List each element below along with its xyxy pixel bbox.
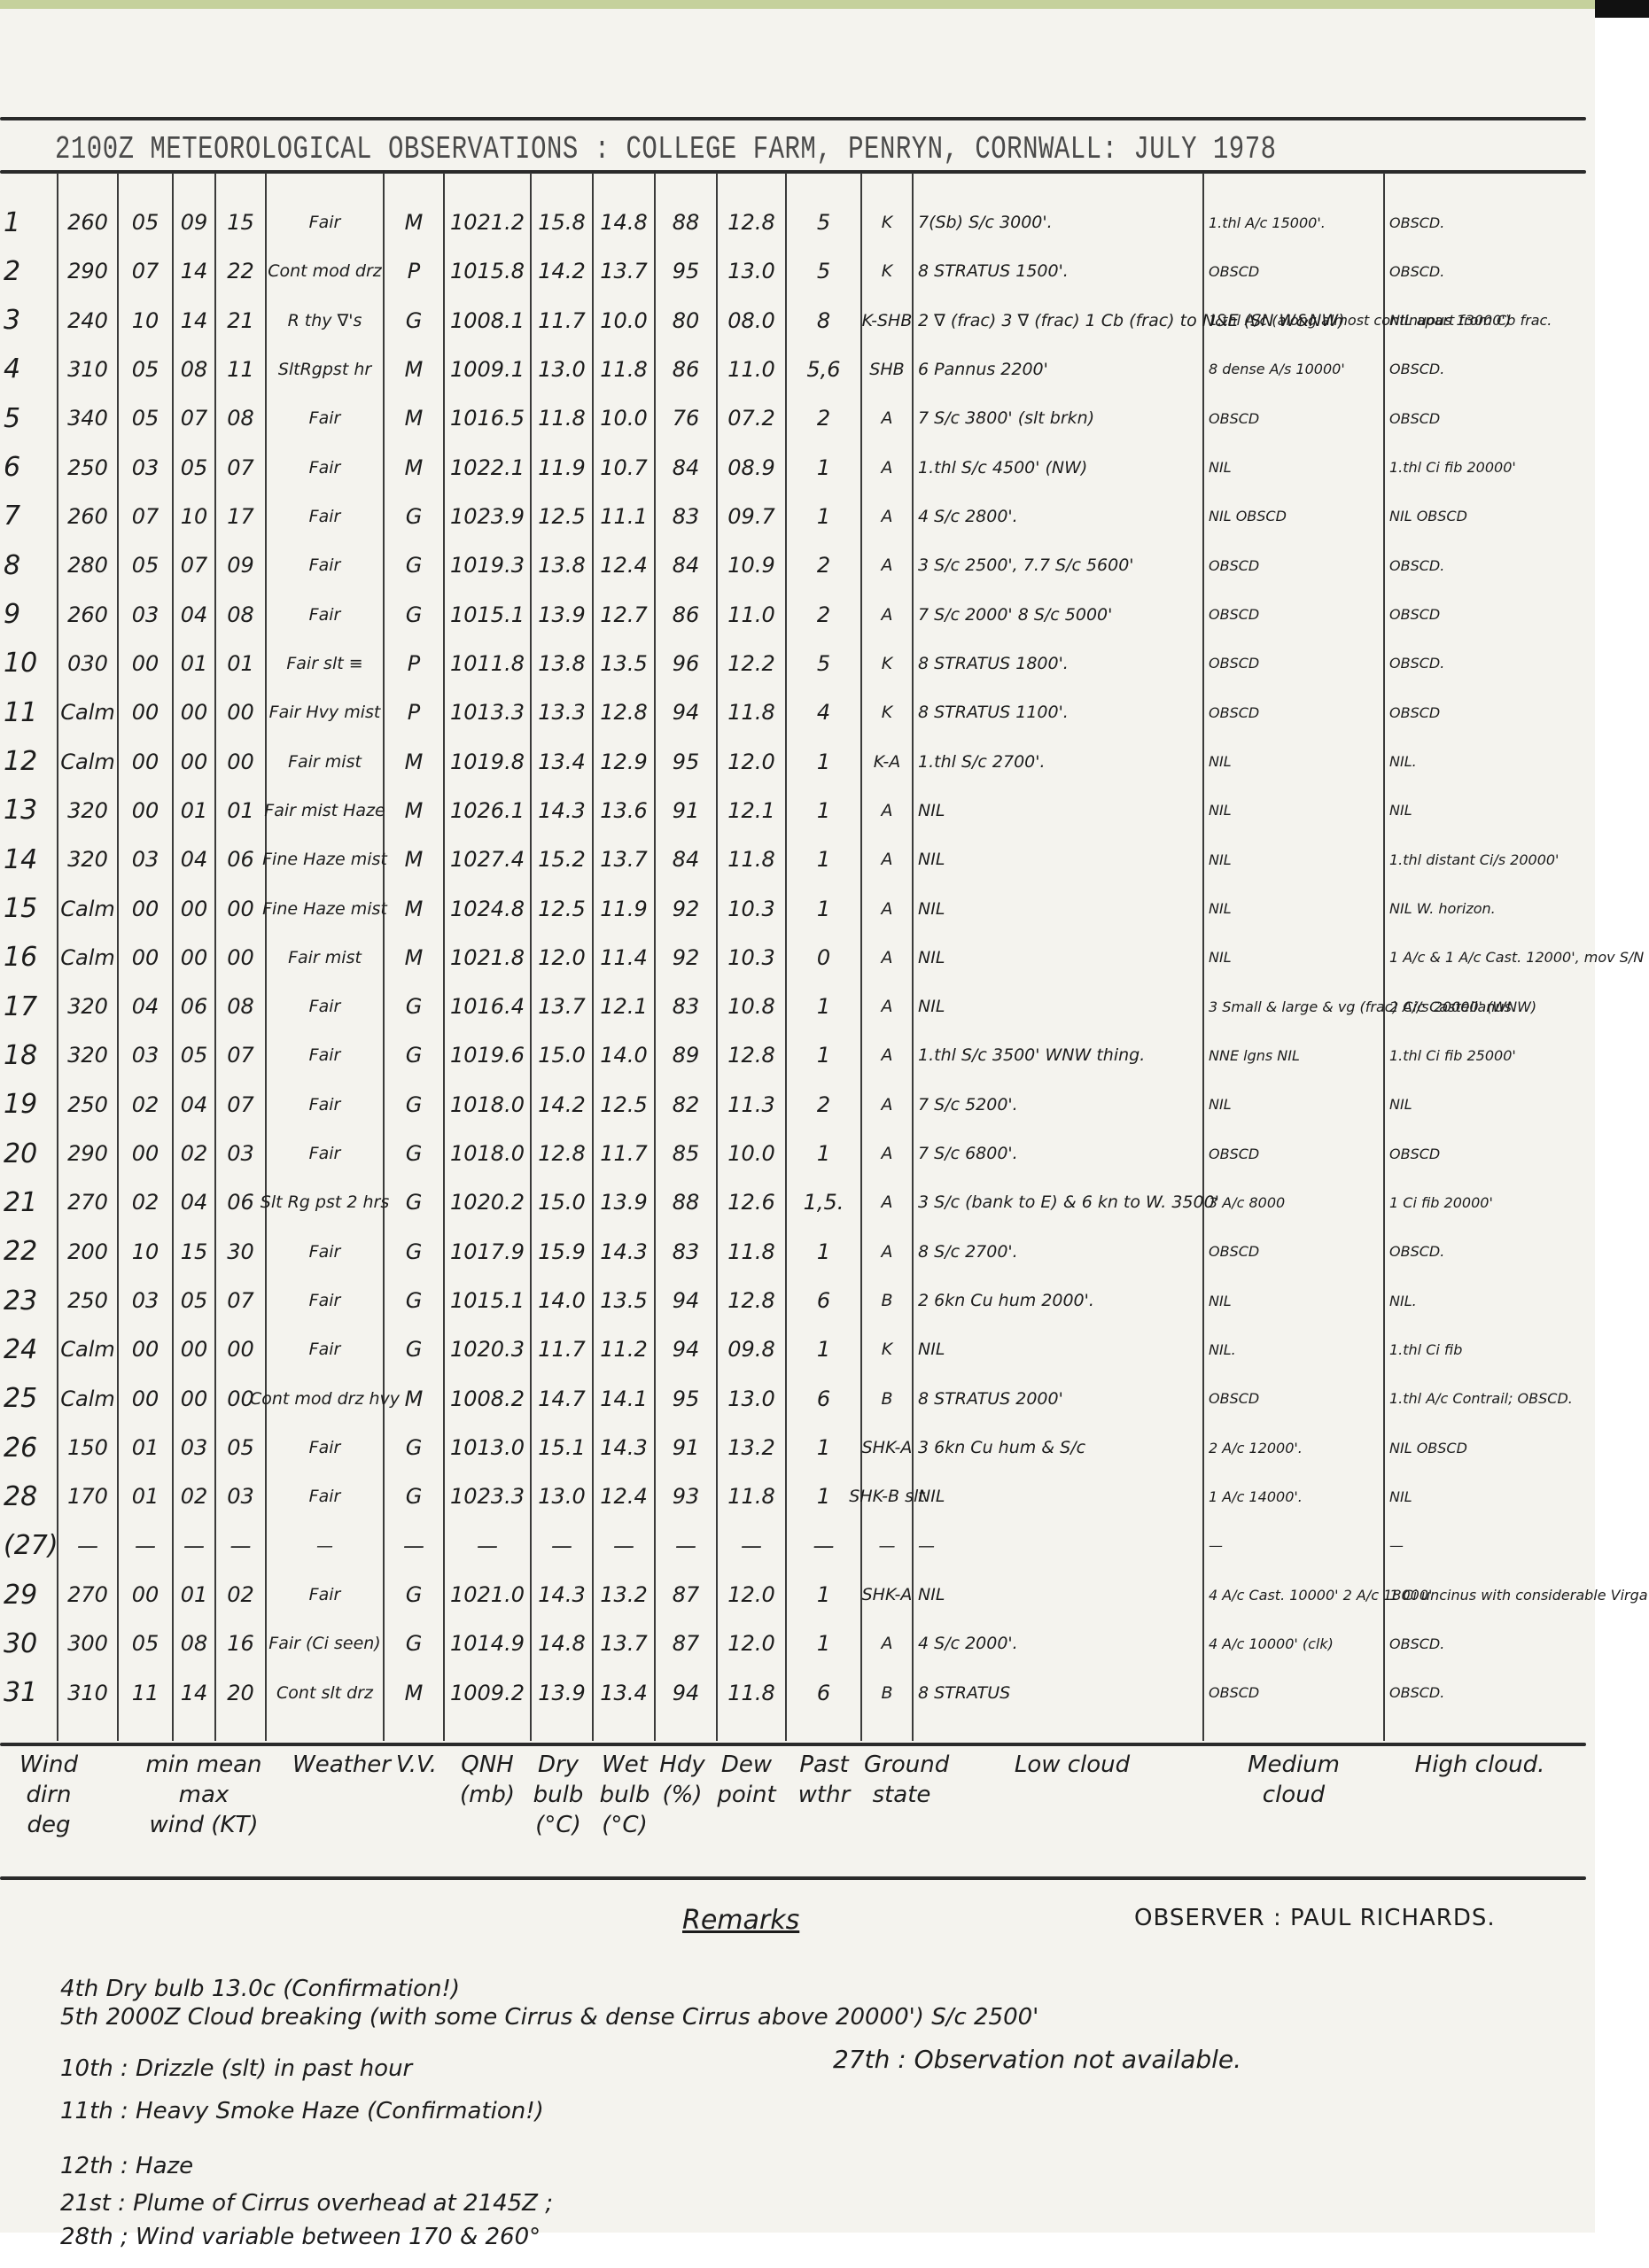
cell-qnh: 1015.1 [444, 592, 531, 638]
cell-mean: 10 [173, 493, 215, 540]
table-row: 21270020406Slt Rg pst 2 hrsG1020.215.013… [0, 1179, 1586, 1225]
table-row: 17320040608FairG1016.413.712.18310.81ANI… [0, 983, 1586, 1029]
cell-medium: — [1203, 1523, 1384, 1569]
column-label-vv: V.V. [390, 1750, 443, 1780]
cell-day: 20 [0, 1130, 61, 1177]
cell-ground: A [861, 1082, 913, 1128]
cell-wet: 14.3 [593, 1425, 655, 1471]
cell-hdy: 91 [655, 1425, 717, 1471]
cell-mean: 09 [173, 199, 215, 245]
cell-vv: G [384, 298, 444, 344]
cell-ground: K [861, 199, 913, 245]
cell-medium: 8 dense A/s 10000' [1203, 346, 1384, 392]
cell-qnh: 1016.4 [444, 983, 531, 1029]
cell-max: 30 [215, 1229, 266, 1275]
cell-low: NIL [913, 1572, 1203, 1618]
cell-ground: A [861, 542, 913, 588]
cell-dry: 12.5 [531, 886, 593, 932]
cell-hdy: 94 [655, 1278, 717, 1324]
cell-high: 1 Ci uncinus with considerable Virga [1384, 1572, 1588, 1618]
cell-high: OBSCD [1384, 1130, 1588, 1177]
cell-weather: Fine Haze mist [266, 886, 384, 932]
cell-low: NIL [913, 886, 1203, 932]
cell-min: 04 [118, 983, 173, 1029]
cell-ground: — [861, 1523, 913, 1569]
cell-past: 1 [786, 788, 861, 834]
cell-day: 17 [0, 983, 61, 1029]
remark-item: 10th : Drizzle (slt) in past hour [60, 2055, 412, 2082]
cell-medium: OBSCD [1203, 1376, 1384, 1422]
table-row: 4310050811SltRgpst hrM1009.113.011.88611… [0, 346, 1586, 392]
cell-day: 18 [0, 1032, 61, 1078]
cell-low: 3 S/c 2500', 7.7 S/c 5600' [913, 542, 1203, 588]
cell-mean: 01 [173, 1572, 215, 1618]
cell-high: NIL. [1384, 739, 1588, 785]
cell-dir: 150 [58, 1425, 118, 1471]
cell-weather: Fair [266, 395, 384, 441]
cell-ground: SHK-B slt [861, 1473, 913, 1519]
cell-medium: 4 A/c Cast. 10000' 2 A/c 18000' [1203, 1572, 1384, 1618]
cell-high: OBSCD. [1384, 199, 1588, 245]
cell-day: 25 [0, 1376, 61, 1422]
cell-day: 16 [0, 935, 61, 981]
cell-medium: 3 A/c 8000 [1203, 1179, 1384, 1225]
cell-qnh: 1009.1 [444, 346, 531, 392]
cell-wet: 13.7 [593, 836, 655, 882]
cell-dry: 15.8 [531, 199, 593, 245]
cell-ground: A [861, 886, 913, 932]
cell-mean: 08 [173, 346, 215, 392]
cell-high: — [1384, 1523, 1588, 1569]
cell-hdy: 83 [655, 983, 717, 1029]
cell-mean: 02 [173, 1130, 215, 1177]
cell-hdy: 80 [655, 298, 717, 344]
cell-dir: 030 [58, 641, 118, 687]
cell-medium: OBSCD [1203, 592, 1384, 638]
cell-vv: G [384, 1326, 444, 1372]
cell-max: 07 [215, 1032, 266, 1078]
cell-wet: 14.1 [593, 1376, 655, 1422]
column-label-wet: Wet bulb (°C) [594, 1750, 656, 1840]
cell-hdy: 95 [655, 1376, 717, 1422]
table-row: 28170010203FairG1023.313.012.49311.81SHK… [0, 1473, 1586, 1519]
cell-hdy: 84 [655, 542, 717, 588]
cell-past: — [786, 1523, 861, 1569]
cell-dew: 07.2 [717, 395, 786, 441]
cell-low: NIL [913, 1326, 1203, 1372]
cell-min: 05 [118, 1620, 173, 1666]
cell-mean: 04 [173, 836, 215, 882]
cell-high: NIL OBSCD [1384, 493, 1588, 540]
cell-vv: G [384, 1572, 444, 1618]
cell-max: 03 [215, 1130, 266, 1177]
cell-low: 2 ∇ (frac) 3 ∇ (frac) 1 Cb (frac) to N&E… [913, 298, 1203, 344]
cell-max: 00 [215, 886, 266, 932]
cell-high: NIL W. horizon. [1384, 886, 1588, 932]
cell-past: 8 [786, 298, 861, 344]
cell-low: 8 STRATUS 2000' [913, 1376, 1203, 1422]
cell-medium: NIL [1203, 886, 1384, 932]
cell-weather: Fine Haze mist [266, 836, 384, 882]
cell-day: 19 [0, 1082, 61, 1128]
table-row: 14320030406Fine Haze mistM1027.415.213.7… [0, 836, 1586, 882]
cell-dir: 300 [58, 1620, 118, 1666]
cell-past: 1 [786, 983, 861, 1029]
cell-dir: 250 [58, 445, 118, 491]
cell-dir: 260 [58, 199, 118, 245]
cell-qnh: 1022.1 [444, 445, 531, 491]
cell-hdy: 86 [655, 346, 717, 392]
cell-low: 7 S/c 2000' 8 S/c 5000' [913, 592, 1203, 638]
cell-max: 05 [215, 1425, 266, 1471]
cell-weather: Fair mist [266, 739, 384, 785]
table-row: 10030000101Fair slt ≡P1011.813.813.59612… [0, 641, 1586, 687]
cell-high: 1.thl A/c Contrail; OBSCD. [1384, 1376, 1588, 1422]
cell-dry: 13.0 [531, 1473, 593, 1519]
cell-dew: 12.0 [717, 739, 786, 785]
cell-high: NIL [1384, 1082, 1588, 1128]
cell-min: 00 [118, 788, 173, 834]
cell-min: 00 [118, 935, 173, 981]
cell-dir: 310 [58, 346, 118, 392]
cell-past: 5,6 [786, 346, 861, 392]
cell-dry: 13.7 [531, 983, 593, 1029]
cell-wet: 11.2 [593, 1326, 655, 1372]
cell-qnh: 1016.5 [444, 395, 531, 441]
cell-dry: 14.2 [531, 1082, 593, 1128]
cell-wet: 13.4 [593, 1670, 655, 1716]
cell-qnh: 1019.8 [444, 739, 531, 785]
column-label-dry: Dry bulb (°C) [527, 1750, 589, 1840]
cell-past: 1 [786, 1326, 861, 1372]
cell-min: 07 [118, 493, 173, 540]
cell-vv: G [384, 1130, 444, 1177]
cell-past: 1 [786, 1425, 861, 1471]
cell-weather: Fair [266, 445, 384, 491]
cell-vv: P [384, 689, 444, 735]
cell-dir: 290 [58, 248, 118, 294]
column-label-medium: Medium cloud [1205, 1750, 1382, 1810]
cell-min: 11 [118, 1670, 173, 1716]
cell-vv: — [384, 1523, 444, 1569]
cell-vv: M [384, 199, 444, 245]
cell-dew: 10.9 [717, 542, 786, 588]
cell-high: 1 A/c & 1 A/c Cast. 12000', mov S/N [1384, 935, 1588, 981]
cell-min: 05 [118, 346, 173, 392]
cell-min: 02 [118, 1179, 173, 1225]
cell-medium: 3 Small & large & vg (frac) A/c Castella… [1203, 983, 1384, 1029]
table-row: 12Calm000000Fair mistM1019.813.412.99512… [0, 739, 1586, 785]
cell-weather: Fair slt ≡ [266, 641, 384, 687]
cell-weather: Fair [266, 1473, 384, 1519]
cell-dir: Calm [58, 1326, 118, 1372]
cell-medium: NIL [1203, 1278, 1384, 1324]
cell-day: 5 [0, 395, 61, 441]
cell-wet: 13.9 [593, 1179, 655, 1225]
cell-dry: 13.9 [531, 592, 593, 638]
cell-dir: 170 [58, 1473, 118, 1519]
cell-mean: 03 [173, 1425, 215, 1471]
cell-max: 22 [215, 248, 266, 294]
cell-ground: A [861, 1130, 913, 1177]
cell-hdy: 91 [655, 788, 717, 834]
cell-day: 1 [0, 199, 61, 245]
cell-weather: Fair (Ci seen) [266, 1620, 384, 1666]
cell-ground: A [861, 788, 913, 834]
cell-qnh: 1021.8 [444, 935, 531, 981]
cell-dew: 12.0 [717, 1572, 786, 1618]
cell-low: 1.thl S/c 2700'. [913, 739, 1203, 785]
cell-max: 21 [215, 298, 266, 344]
cell-mean: 07 [173, 542, 215, 588]
cell-high: 1.thl Ci fib [1384, 1326, 1588, 1372]
cell-wet: 13.5 [593, 641, 655, 687]
table-row: 29270000102FairG1021.014.313.28712.01SHK… [0, 1572, 1586, 1618]
cell-wet: 10.0 [593, 395, 655, 441]
cell-max: 00 [215, 1326, 266, 1372]
cell-low: NIL [913, 788, 1203, 834]
cell-max: 20 [215, 1670, 266, 1716]
cell-low: 7(Sb) S/c 3000'. [913, 199, 1203, 245]
cell-hdy: 95 [655, 739, 717, 785]
cell-medium: OBSCD [1203, 1229, 1384, 1275]
cell-wet: 10.7 [593, 445, 655, 491]
column-label-qnh: QNH (mb) [447, 1750, 527, 1810]
cell-max: 01 [215, 641, 266, 687]
cell-wet: 13.5 [593, 1278, 655, 1324]
cell-low: NIL [913, 1473, 1203, 1519]
cell-wet: 11.9 [593, 886, 655, 932]
cell-low: 8 STRATUS [913, 1670, 1203, 1716]
cell-max: 07 [215, 1082, 266, 1128]
cell-high: OBSCD. [1384, 542, 1588, 588]
table-row: 5340050708FairM1016.511.810.07607.22A7 S… [0, 395, 1586, 441]
cell-min: 10 [118, 298, 173, 344]
cell-hdy: 92 [655, 935, 717, 981]
cell-ground: A [861, 395, 913, 441]
cell-medium: OBSCD [1203, 248, 1384, 294]
cell-dry: 12.0 [531, 935, 593, 981]
cell-day: 26 [0, 1425, 61, 1471]
table-row: (27)———————————————— [0, 1523, 1586, 1569]
cell-mean: 15 [173, 1229, 215, 1275]
cell-max: 08 [215, 395, 266, 441]
cell-wet: 12.4 [593, 542, 655, 588]
cell-medium: NIL [1203, 739, 1384, 785]
cell-dry: 11.7 [531, 298, 593, 344]
cell-min: 03 [118, 445, 173, 491]
cell-min: 00 [118, 1376, 173, 1422]
cell-min: 00 [118, 1130, 173, 1177]
cell-dir: 280 [58, 542, 118, 588]
cell-day: 7 [0, 493, 61, 540]
cell-dir: 250 [58, 1278, 118, 1324]
cell-hdy: 94 [655, 1670, 717, 1716]
column-label-hdy: Hdy (%) [656, 1750, 709, 1810]
cell-qnh: 1021.2 [444, 199, 531, 245]
cell-past: 6 [786, 1670, 861, 1716]
cell-vv: P [384, 248, 444, 294]
cell-dry: 14.3 [531, 788, 593, 834]
cell-past: 6 [786, 1278, 861, 1324]
cell-min: 00 [118, 1572, 173, 1618]
cell-mean: 05 [173, 1032, 215, 1078]
scan-edge [1595, 0, 1649, 18]
cell-past: 2 [786, 1082, 861, 1128]
cell-dew: 09.8 [717, 1326, 786, 1372]
cell-medium: NNE lgns NIL [1203, 1032, 1384, 1078]
cell-dir: Calm [58, 689, 118, 735]
cell-high: NIL. [1384, 1278, 1588, 1324]
cell-mean: 01 [173, 641, 215, 687]
cell-day: 8 [0, 542, 61, 588]
cell-max: 09 [215, 542, 266, 588]
cell-low: 3 S/c (bank to E) & 6 kn to W. 3500' [913, 1179, 1203, 1225]
cell-high: OBSCD [1384, 395, 1588, 441]
cell-medium: NIL [1203, 836, 1384, 882]
cell-high: OBSCD. [1384, 248, 1588, 294]
cell-past: 5 [786, 641, 861, 687]
cell-hdy: 92 [655, 886, 717, 932]
cell-hdy: 85 [655, 1130, 717, 1177]
cell-day: 23 [0, 1278, 61, 1324]
cell-min: 07 [118, 248, 173, 294]
cell-vv: G [384, 1425, 444, 1471]
cell-ground: SHB [861, 346, 913, 392]
cell-medium: NIL [1203, 445, 1384, 491]
cell-past: 1 [786, 1620, 861, 1666]
cell-wet: 11.8 [593, 346, 655, 392]
cell-min: 03 [118, 1278, 173, 1324]
cell-max: 03 [215, 1473, 266, 1519]
cell-wet: 14.0 [593, 1032, 655, 1078]
cell-day: 24 [0, 1326, 61, 1372]
cell-past: 1 [786, 1229, 861, 1275]
cell-vv: P [384, 641, 444, 687]
table-row: 6250030507FairM1022.111.910.78408.91A1.t… [0, 445, 1586, 491]
cell-past: 2 [786, 542, 861, 588]
cell-past: 2 [786, 592, 861, 638]
column-label-low: Low cloud [984, 1750, 1161, 1780]
table-row: 8280050709FairG1019.313.812.48410.92A3 S… [0, 542, 1586, 588]
cell-wet: 13.2 [593, 1572, 655, 1618]
table-row: 3240101421R thy ∇'sG1008.111.710.08008.0… [0, 298, 1586, 344]
cell-hdy: 83 [655, 1229, 717, 1275]
cell-low: 4 S/c 2800'. [913, 493, 1203, 540]
cell-medium: OBSCD [1203, 1130, 1384, 1177]
cell-dry: 15.1 [531, 1425, 593, 1471]
cell-qnh: 1011.8 [444, 641, 531, 687]
cell-dry: 13.8 [531, 641, 593, 687]
cell-medium: OBSCD [1203, 542, 1384, 588]
table-bottom-rule [0, 1743, 1586, 1746]
table-row: 20290000203FairG1018.012.811.78510.01A7 … [0, 1130, 1586, 1177]
cell-medium: 1 A/c 14000'. [1203, 1473, 1384, 1519]
paper-edge-tint [0, 0, 1595, 9]
table-row: 23250030507FairG1015.114.013.59412.86B2 … [0, 1278, 1586, 1324]
cell-low: NIL [913, 983, 1203, 1029]
cell-vv: M [384, 739, 444, 785]
cell-medium: OBSCD [1203, 641, 1384, 687]
cell-mean: 14 [173, 1670, 215, 1716]
cell-max: — [215, 1523, 266, 1569]
cell-dew: 08.9 [717, 445, 786, 491]
cell-dew: 13.0 [717, 1376, 786, 1422]
cell-mean: 00 [173, 935, 215, 981]
table-row: 1260050915FairM1021.215.814.88812.85K7(S… [0, 199, 1586, 245]
cell-dry: 14.7 [531, 1376, 593, 1422]
cell-medium: NIL [1203, 1082, 1384, 1128]
cell-low: 7 S/c 5200'. [913, 1082, 1203, 1128]
cell-hdy: 83 [655, 493, 717, 540]
cell-ground: K-A [861, 739, 913, 785]
cell-qnh: 1018.0 [444, 1130, 531, 1177]
cell-day: 3 [0, 298, 61, 344]
cell-mean: 05 [173, 1278, 215, 1324]
cell-weather: Fair mist [266, 935, 384, 981]
cell-max: 06 [215, 836, 266, 882]
cell-qnh: 1024.8 [444, 886, 531, 932]
cell-low: 8 STRATUS 1100'. [913, 689, 1203, 735]
cell-dew: 10.8 [717, 983, 786, 1029]
cell-min: 02 [118, 1082, 173, 1128]
cell-past: 5 [786, 199, 861, 245]
cell-wet: 10.0 [593, 298, 655, 344]
cell-min: 00 [118, 1326, 173, 1372]
cell-weather: Fair [266, 1572, 384, 1618]
cell-low: 4 S/c 2000'. [913, 1620, 1203, 1666]
cell-min: 10 [118, 1229, 173, 1275]
cell-max: 01 [215, 788, 266, 834]
cell-qnh: 1009.2 [444, 1670, 531, 1716]
cell-dew: 11.8 [717, 836, 786, 882]
cell-high: 1.thl distant Ci/s 20000' [1384, 836, 1588, 882]
cell-dir: Calm [58, 886, 118, 932]
cell-qnh: 1018.0 [444, 1082, 531, 1128]
cell-mean: 02 [173, 1473, 215, 1519]
cell-wet: 12.5 [593, 1082, 655, 1128]
remark-item: 12th : Haze [60, 2153, 193, 2179]
cell-dew: 11.0 [717, 346, 786, 392]
cell-wet: 13.7 [593, 1620, 655, 1666]
remark-item: 4th Dry bulb 13.0c (Confirmation!) [60, 1976, 460, 2002]
cell-weather: Fair [266, 1326, 384, 1372]
cell-weather: — [266, 1523, 384, 1569]
column-label-wind-dir: Wind dirn deg [9, 1750, 89, 1840]
cell-max: 11 [215, 346, 266, 392]
cell-dew: 12.2 [717, 641, 786, 687]
cell-low: 8 S/c 2700'. [913, 1229, 1203, 1275]
cell-qnh: 1015.1 [444, 1278, 531, 1324]
cell-high: OBSCD. [1384, 641, 1588, 687]
cell-dry: 12.5 [531, 493, 593, 540]
cell-weather: Fair [266, 983, 384, 1029]
cell-ground: K [861, 248, 913, 294]
cell-low: 7 S/c 3800' (slt brkn) [913, 395, 1203, 441]
cell-past: 1 [786, 493, 861, 540]
cell-dew: 08.0 [717, 298, 786, 344]
cell-ground: SHK-A [861, 1572, 913, 1618]
cell-medium: OBSCD [1203, 689, 1384, 735]
cell-day: 28 [0, 1473, 61, 1519]
cell-dew: 11.8 [717, 689, 786, 735]
cell-dir: Calm [58, 739, 118, 785]
cell-mean: 01 [173, 788, 215, 834]
cell-dry: 14.3 [531, 1572, 593, 1618]
cell-mean: 07 [173, 395, 215, 441]
cell-mean: 04 [173, 1179, 215, 1225]
cell-low: NIL [913, 935, 1203, 981]
